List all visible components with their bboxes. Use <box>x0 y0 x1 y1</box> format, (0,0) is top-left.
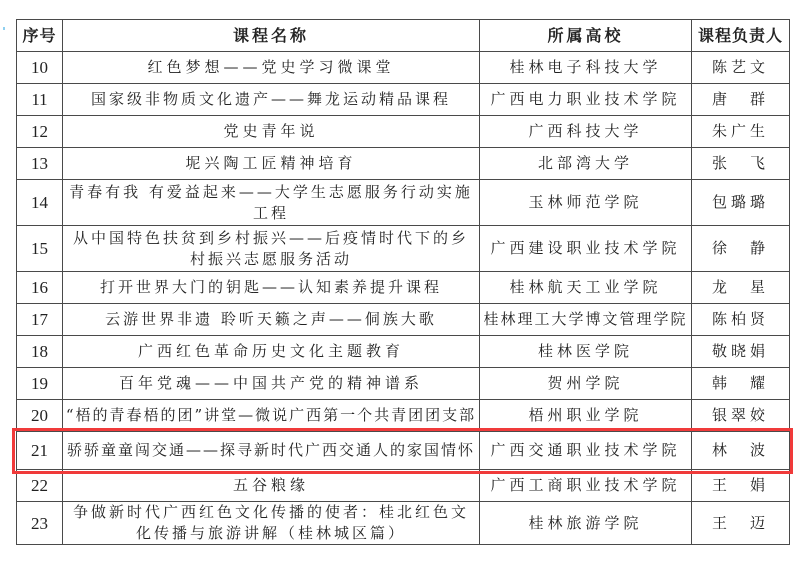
table-header-row: 序号 课程名称 所属高校 课程负责人 <box>17 20 790 52</box>
row-school: 广西交通职业技术学院 <box>480 432 692 470</box>
row-index: 22 <box>17 470 63 502</box>
row-index: 16 <box>17 272 63 304</box>
row-school: 北部湾大学 <box>480 148 692 180</box>
table-row: 17 云游世界非遗 聆听天籁之声——侗族大歌 桂林理工大学博文管理学院 陈柏贤 <box>17 304 790 336</box>
header-course: 课程名称 <box>63 20 480 52</box>
row-school: 广西建设职业技术学院 <box>480 226 692 272</box>
table-row: 16 打开世界大门的钥匙——认知素养提升课程 桂林航天工业学院 龙 星 <box>17 272 790 304</box>
row-index: 19 <box>17 368 63 400</box>
table-row: 20 “梧的青春梧的团”讲堂—微说广西第一个共青团团支部 梧州职业学院 银翠姣 <box>17 400 790 432</box>
row-course: 骄骄童童闯交通——探寻新时代广西交通人的家国情怀 <box>63 432 480 470</box>
margin-mark <box>3 27 5 30</box>
row-lead: 林 波 <box>692 432 790 470</box>
row-school: 广西工商职业技术学院 <box>480 470 692 502</box>
row-course: 国家级非物质文化遗产——舞龙运动精品课程 <box>63 84 480 116</box>
row-index: 20 <box>17 400 63 432</box>
row-lead: 陈艺文 <box>692 52 790 84</box>
row-school: 桂林理工大学博文管理学院 <box>480 304 692 336</box>
header-index: 序号 <box>17 20 63 52</box>
row-course: 广西红色革命历史文化主题教育 <box>63 336 480 368</box>
row-course: 打开世界大门的钥匙——认知素养提升课程 <box>63 272 480 304</box>
row-course: 党史青年说 <box>63 116 480 148</box>
row-index: 15 <box>17 226 63 272</box>
table-row: 18 广西红色革命历史文化主题教育 桂林医学院 敬晓娟 <box>17 336 790 368</box>
row-course: “梧的青春梧的团”讲堂—微说广西第一个共青团团支部 <box>63 400 480 432</box>
header-school: 所属高校 <box>480 20 692 52</box>
table-row: 22 五谷粮缘 广西工商职业技术学院 王 娟 <box>17 470 790 502</box>
table-row: 11 国家级非物质文化遗产——舞龙运动精品课程 广西电力职业技术学院 唐 群 <box>17 84 790 116</box>
row-index: 13 <box>17 148 63 180</box>
row-school: 桂林航天工业学院 <box>480 272 692 304</box>
row-school: 广西科技大学 <box>480 116 692 148</box>
row-index: 17 <box>17 304 63 336</box>
row-lead: 唐 群 <box>692 84 790 116</box>
row-index: 18 <box>17 336 63 368</box>
row-course: 从中国特色扶贫到乡村振兴——后疫情时代下的乡村振兴志愿服务活动 <box>63 226 480 272</box>
row-school: 桂林医学院 <box>480 336 692 368</box>
row-course: 百年党魂——中国共产党的精神谱系 <box>63 368 480 400</box>
row-school: 桂林旅游学院 <box>480 502 692 545</box>
table-row: 12 党史青年说 广西科技大学 朱广生 <box>17 116 790 148</box>
row-lead: 王 迈 <box>692 502 790 545</box>
row-lead: 陈柏贤 <box>692 304 790 336</box>
row-index: 12 <box>17 116 63 148</box>
table-row: 19 百年党魂——中国共产党的精神谱系 贺州学院 韩 耀 <box>17 368 790 400</box>
table-row: 10 红色梦想——党史学习微课堂 桂林电子科技大学 陈艺文 <box>17 52 790 84</box>
row-course: 红色梦想——党史学习微课堂 <box>63 52 480 84</box>
row-lead: 韩 耀 <box>692 368 790 400</box>
header-lead: 课程负责人 <box>692 20 790 52</box>
row-index: 14 <box>17 180 63 226</box>
row-course: 五谷粮缘 <box>63 470 480 502</box>
row-index: 21 <box>17 432 63 470</box>
table-row: 14 青春有我 有爱益起来——大学生志愿服务行动实施工程 玉林师范学院 包璐璐 <box>17 180 790 226</box>
table-row: 13 坭兴陶工匠精神培育 北部湾大学 张 飞 <box>17 148 790 180</box>
row-lead: 龙 星 <box>692 272 790 304</box>
row-school: 梧州职业学院 <box>480 400 692 432</box>
row-lead: 敬晓娟 <box>692 336 790 368</box>
row-school: 桂林电子科技大学 <box>480 52 692 84</box>
row-lead: 包璐璐 <box>692 180 790 226</box>
row-index: 23 <box>17 502 63 545</box>
row-index: 10 <box>17 52 63 84</box>
row-school: 贺州学院 <box>480 368 692 400</box>
row-school: 玉林师范学院 <box>480 180 692 226</box>
row-course: 云游世界非遗 聆听天籁之声——侗族大歌 <box>63 304 480 336</box>
row-lead: 银翠姣 <box>692 400 790 432</box>
row-lead: 朱广生 <box>692 116 790 148</box>
row-course: 争做新时代广西红色文化传播的使者：桂北红色文化传播与旅游讲解（桂林城区篇） <box>63 502 480 545</box>
row-school: 广西电力职业技术学院 <box>480 84 692 116</box>
row-lead: 王 娟 <box>692 470 790 502</box>
row-lead: 张 飞 <box>692 148 790 180</box>
row-course: 坭兴陶工匠精神培育 <box>63 148 480 180</box>
course-table: 序号 课程名称 所属高校 课程负责人 10 红色梦想——党史学习微课堂 桂林电子… <box>16 19 790 545</box>
table-row: 23 争做新时代广西红色文化传播的使者：桂北红色文化传播与旅游讲解（桂林城区篇）… <box>17 502 790 545</box>
row-course: 青春有我 有爱益起来——大学生志愿服务行动实施工程 <box>63 180 480 226</box>
table-row-highlighted: 21 骄骄童童闯交通——探寻新时代广西交通人的家国情怀 广西交通职业技术学院 林… <box>17 432 790 470</box>
row-index: 11 <box>17 84 63 116</box>
row-lead: 徐 静 <box>692 226 790 272</box>
table-row: 15 从中国特色扶贫到乡村振兴——后疫情时代下的乡村振兴志愿服务活动 广西建设职… <box>17 226 790 272</box>
